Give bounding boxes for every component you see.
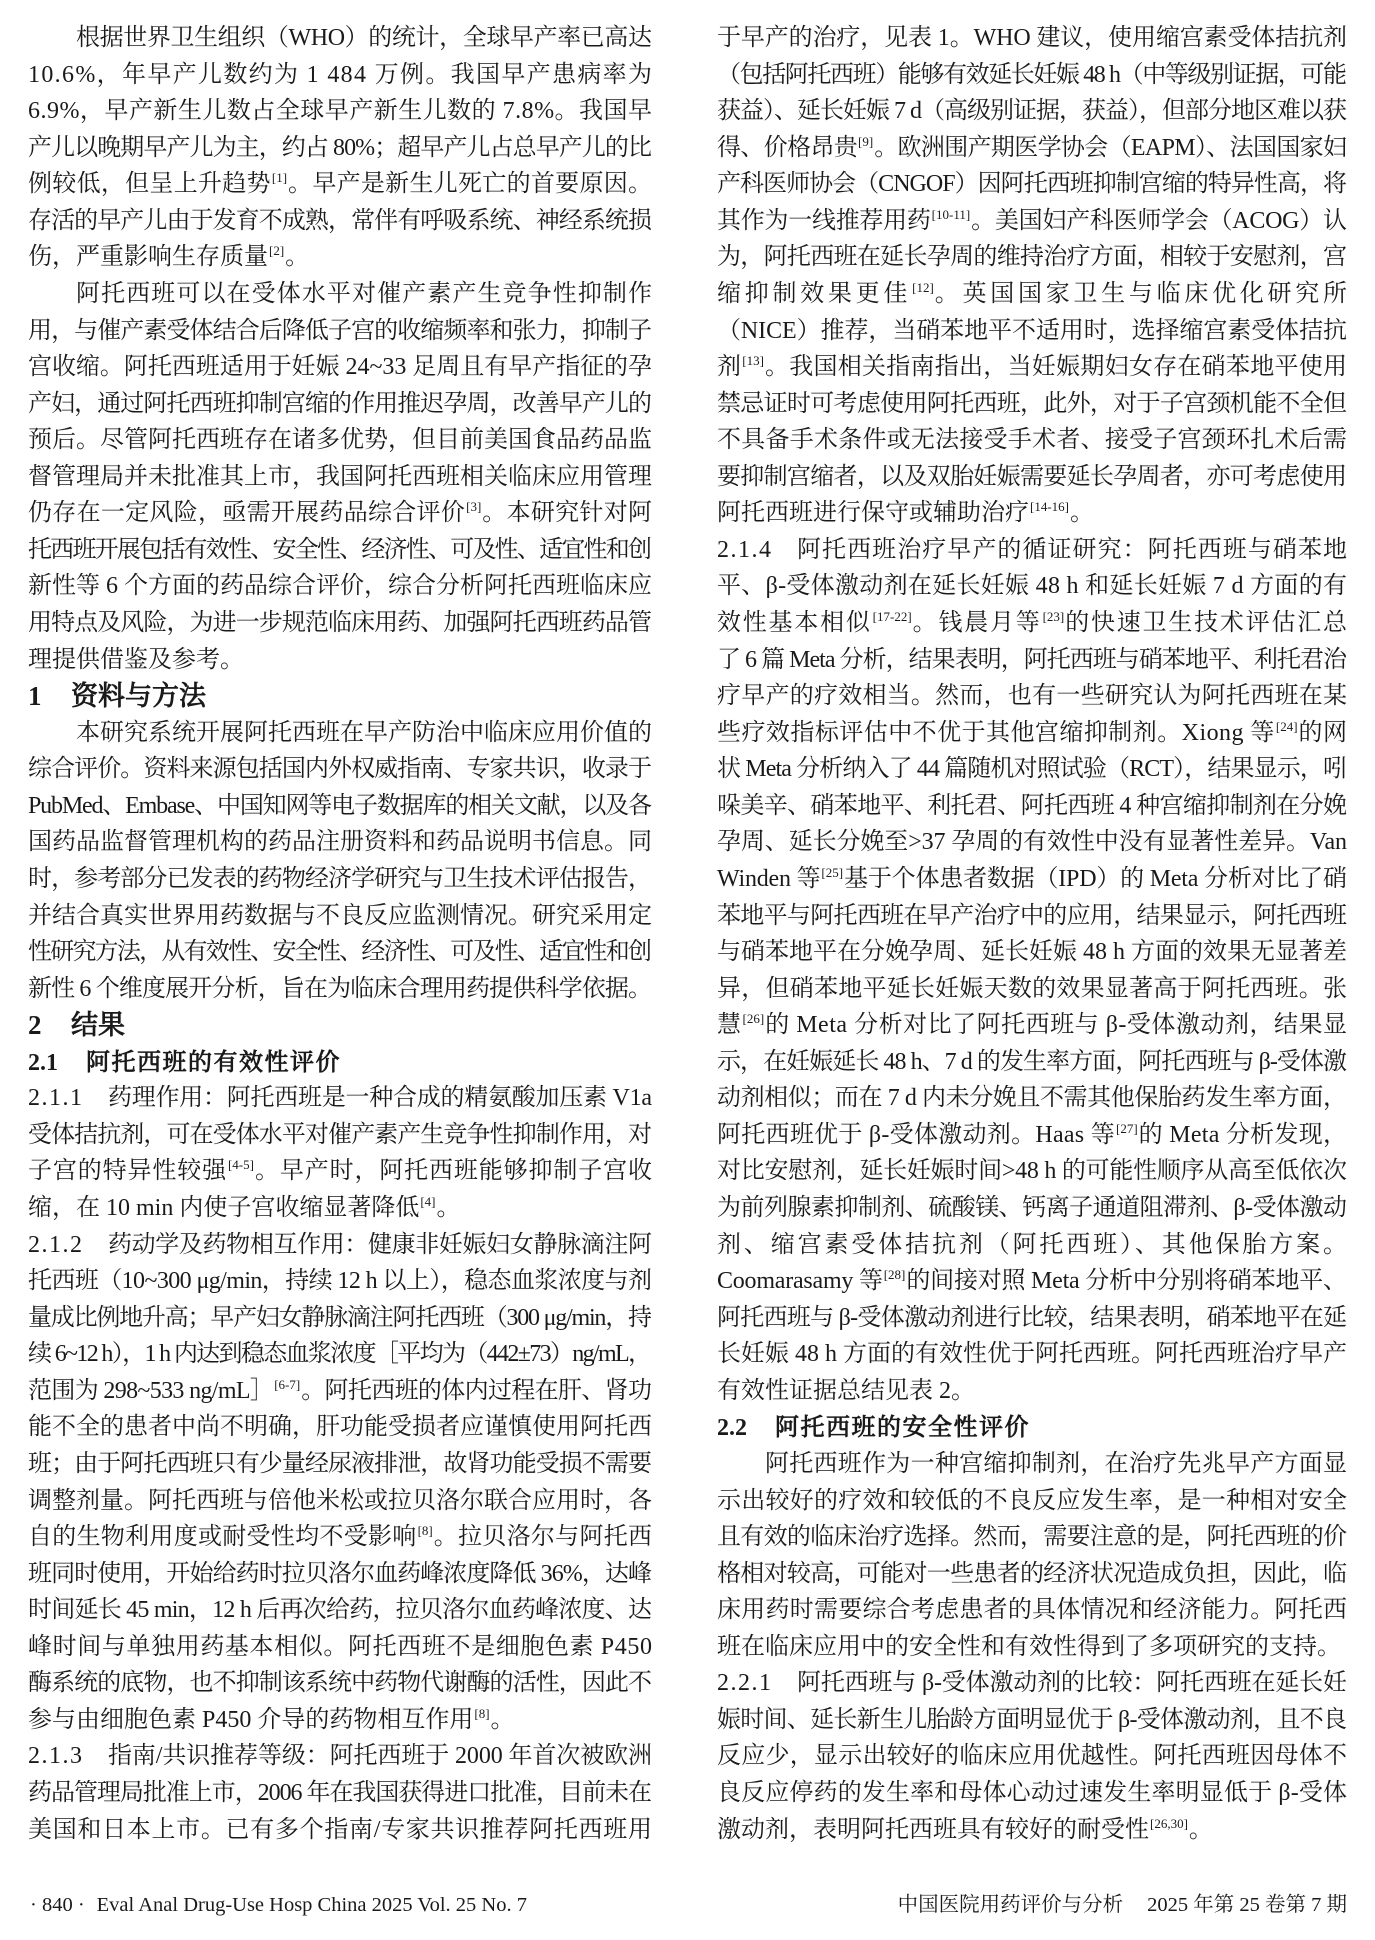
text-line: 托西班开展包括有效性、安全性、经济性、可及性、适宜性和创 bbox=[28, 532, 652, 569]
line-text: 阿托西班作为一种宫缩抑制剂，在治疗先兆早产方面显 bbox=[765, 1451, 1347, 1477]
line-text: 为前列腺素抑制剂、硫酸镁、钙离子通道阻滞剂、β-受体激动 bbox=[717, 1195, 1346, 1221]
line-text: 托西班开展包括有效性、安全性、经济性、可及性、适宜性和创 bbox=[28, 537, 650, 563]
text-line: 效性基本相似[17-22]。钱晨月等[23]的快速卫生技术评估汇总 bbox=[717, 605, 1347, 642]
section-heading: 2结果 bbox=[28, 1007, 652, 1044]
line-content: 其作为一线推荐用药[10-11]。美国妇产科医师学会（ACOG）认 bbox=[717, 203, 1347, 240]
heading-number: 1 bbox=[28, 678, 71, 715]
text-line: 为，阿托西班在延长孕周的维持治疗方面，相较于安慰剂，宫 bbox=[717, 239, 1347, 276]
line-text: 平、β-受体激动剂在延长妊娠 48 h 和延长妊娠 7 d 方面的有 bbox=[717, 573, 1347, 599]
line-text: 些疗效指标评估中不优于其他宫缩抑制剂。Xiong 等 bbox=[717, 720, 1275, 746]
line-text: 缩，在 10 min 内使子宫收缩显著降低 bbox=[28, 1195, 419, 1221]
line-text: 性研究方法，从有效性、安全性、经济性、可及性、适宜性和创 bbox=[28, 939, 650, 965]
line-content: 床用药时需要综合考虑患者的具体情况和经济能力。阿托西 bbox=[717, 1592, 1347, 1629]
line-content: 对比安慰剂，延长妊娠时间>48 h 的可能性顺序从高至低依次 bbox=[717, 1153, 1347, 1190]
text-line: 长妊娠 48 h 方面的有效性优于阿托西班。阿托西班治疗早产 bbox=[717, 1336, 1347, 1373]
line-content: 效性基本相似[17-22]。钱晨月等[23]的快速卫生技术评估汇总 bbox=[717, 605, 1349, 642]
line-text: 参与由细胞色素 P450 介导的药物相互作用 bbox=[28, 1707, 473, 1733]
line-text: 理提供借鉴及参考。 bbox=[28, 647, 244, 673]
right-text-column: 于早产的治疗，见表 1。WHO 建议，使用缩宫素受体拮抗剂（包括阿托西班）能够有… bbox=[717, 20, 1347, 1848]
line-text: 产儿以晚期早产儿为主，约占 80%；超早产儿占总早产儿的比 bbox=[28, 135, 651, 161]
line-content: 班；由于阿托西班只有少量经尿液排泄，故肾功能受损不需要 bbox=[28, 1446, 651, 1483]
line-text: PubMed、Embase、中国知网等电子数据库的相关文献，以及各 bbox=[28, 793, 651, 819]
text-line: 娠时间、延长新生儿胎龄方面明显优于 β-受体激动剂，且不良 bbox=[717, 1702, 1347, 1739]
text-line: 异，但硝苯地平延长妊娠天数的效果显著高于阿托西班。张 bbox=[717, 971, 1347, 1008]
text-line: 新性 6 个维度展开分析，旨在为临床合理用药提供科学依据。 bbox=[28, 971, 652, 1008]
text-line: 能不全的患者中尚不明确，肝功能受损者应谨慎使用阿托西 bbox=[28, 1409, 652, 1446]
line-text: 有效性证据总结见表 2。 bbox=[717, 1378, 975, 1404]
line-text: 能不全的患者中尚不明确，肝功能受损者应谨慎使用阿托西 bbox=[28, 1414, 652, 1440]
line-text: 子宫的特异性较强 bbox=[28, 1158, 227, 1184]
text-line: 其作为一线推荐用药[10-11]。美国妇产科医师学会（ACOG）认 bbox=[717, 203, 1347, 240]
citation-superscript: [8] bbox=[418, 1523, 433, 1538]
text-line: 托西班（10~300 μg/min，持续 12 h 以上），稳态血浆浓度与剂 bbox=[28, 1263, 652, 1300]
line-text: 量成比例地升高；早产妇女静脉滴注阿托西班（300 μg/min，持 bbox=[28, 1305, 651, 1331]
line-text: 药理作用：阿托西班是一种合成的精氨酸加压素 V1a bbox=[108, 1085, 652, 1111]
line-content: 且有效的临床治疗选择。然而，需要注意的是，阿托西班的价 bbox=[717, 1519, 1346, 1556]
line-content: 2.1.4阿托西班治疗早产的循证研究：阿托西班与硝苯地 bbox=[717, 532, 1348, 569]
line-text: 指南/共识推荐等级：阿托西班于 2000 年首次被欧洲 bbox=[108, 1743, 652, 1769]
heading-title: 阿托西班的有效性评价 bbox=[86, 1048, 341, 1076]
text-line: 平、β-受体激动剂在延长妊娠 48 h 和延长妊娠 7 d 方面的有 bbox=[717, 568, 1347, 605]
line-content: 国药品监督管理机构的药品注册资料和药品说明书信息。同 bbox=[28, 824, 652, 861]
text-line: 动剂相似；而在 7 d 内未分娩且不需其他保胎药发生率方面， bbox=[717, 1080, 1347, 1117]
text-line: 与硝苯地平在分娩孕周、延长妊娠 48 h 方面的效果无显著差 bbox=[717, 934, 1347, 971]
line-text: 苯地平与阿托西班在早产治疗中的应用，结果显示，阿托西班 bbox=[717, 903, 1346, 929]
line-content: 要抑制宫缩者，以及双胎妊娠需要延长孕周者，亦可考虑使用 bbox=[717, 459, 1346, 496]
line-content: 范围为 298~533 ng/mL］[6-7]。阿托西班的体内过程在肝、肾功 bbox=[28, 1373, 651, 1410]
line-content: 平、β-受体激动剂在延长妊娠 48 h 和延长妊娠 7 d 方面的有 bbox=[717, 568, 1347, 605]
line-text: 慧 bbox=[717, 1012, 742, 1038]
line-content: 托西班开展包括有效性、安全性、经济性、可及性、适宜性和创 bbox=[28, 532, 650, 569]
text-line: 时，参考部分已发表的药物经济学研究与卫生技术评估报告， bbox=[28, 861, 652, 898]
text-line: 2.1.4阿托西班治疗早产的循证研究：阿托西班与硝苯地 bbox=[717, 532, 1347, 569]
line-text: 范围为 298~533 ng/mL］ bbox=[28, 1378, 273, 1404]
line-text: 。英国国家卫生与临床优化研究所 bbox=[935, 281, 1351, 307]
text-line: 不具备手术条件或无法接受手术者、接受子宫颈环扎术后需 bbox=[717, 422, 1347, 459]
text-line: 示出较好的疗效和较低的不良反应发生率，是一种相对安全 bbox=[717, 1483, 1347, 1520]
citation-superscript: [4-5] bbox=[228, 1157, 254, 1172]
line-content: Winden 等[25]基于个体患者数据（IPD）的 Meta 分析对比了硝 bbox=[717, 861, 1347, 898]
left-text-column: 根据世界卫生组织（WHO）的统计，全球早产率已高达10.6%，年早产儿数约为 1… bbox=[28, 20, 652, 1848]
line-text: 班在临床应用中的安全性和有效性得到了多项研究的支持。 bbox=[717, 1634, 1341, 1660]
text-line: 班；由于阿托西班只有少量经尿液排泄，故肾功能受损不需要 bbox=[28, 1446, 652, 1483]
line-text: 。 bbox=[491, 1707, 515, 1733]
text-line: PubMed、Embase、中国知网等电子数据库的相关文献，以及各 bbox=[28, 788, 652, 825]
line-text: 格相对较高，可能对一些患者的经济状况造成负担，因此，临 bbox=[717, 1561, 1346, 1587]
text-line: 参与由细胞色素 P450 介导的药物相互作用[8]。 bbox=[28, 1702, 652, 1739]
line-text: 异，但硝苯地平延长妊娠天数的效果显著高于阿托西班。张 bbox=[717, 976, 1347, 1002]
text-line: 理提供借鉴及参考。 bbox=[28, 642, 652, 679]
heading-number: 2.1 bbox=[28, 1045, 86, 1082]
line-text: 剂、缩宫素受体拮抗剂（阿托西班）、其他保胎方案。 bbox=[717, 1232, 1350, 1258]
line-content: 阿托西班作为一种宫缩抑制剂，在治疗先兆早产方面显 bbox=[765, 1446, 1347, 1483]
line-text: 床用药时需要综合考虑患者的具体情况和经济能力。阿托西 bbox=[717, 1597, 1347, 1623]
text-line: 反应少，显示出较好的临床应用优越性。阿托西班因母体不 bbox=[717, 1738, 1347, 1775]
citation-superscript: [28] bbox=[884, 1267, 906, 1282]
line-text: 药品管理局批准上市，2006 年在我国获得进口批准，目前未在 bbox=[28, 1780, 651, 1806]
page-number: · 840 · bbox=[30, 1894, 85, 1916]
text-line: 伤，严重影响生存质量[2]。 bbox=[28, 239, 652, 276]
text-line: 示，在妊娠延长 48 h、7 d 的发生率方面，阿托西班与 β-受体激 bbox=[717, 1044, 1347, 1081]
line-content: 督管理局并未批准其上市，我国阿托西班相关临床应用管理 bbox=[28, 459, 652, 496]
text-line: 阿托西班进行保守或辅助治疗[14-16]。 bbox=[717, 495, 1347, 532]
line-text: 了 6 篇 Meta 分析，结果表明，阿托西班与硝苯地平、利托君治 bbox=[717, 647, 1346, 673]
text-line: 缩，在 10 min 内使子宫收缩显著降低[4]。 bbox=[28, 1190, 652, 1227]
line-content: 2.1.1药理作用：阿托西班是一种合成的精氨酸加压素 V1a bbox=[28, 1080, 652, 1117]
text-line: 禁忌证时可考虑使用阿托西班，此外，对于子宫颈机能不全但 bbox=[717, 386, 1347, 423]
text-line: 存活的早产儿由于发育不成熟，常伴有呼吸系统、神经系统损 bbox=[28, 203, 652, 240]
line-content: 阿托西班与 β-受体激动剂进行比较，结果表明，硝苯地平在延 bbox=[717, 1300, 1346, 1337]
text-line: 2.1.3指南/共识推荐等级：阿托西班于 2000 年首次被欧洲 bbox=[28, 1738, 652, 1775]
text-line: 峰时间与单独用药基本相似。阿托西班不是细胞色素 P450 bbox=[28, 1629, 652, 1666]
citation-superscript: [23] bbox=[1043, 609, 1065, 624]
text-line: 美国和日本上市。已有多个指南/专家共识推荐阿托西班用 bbox=[28, 1812, 652, 1849]
text-line: （NICE）推荐，当硝苯地平不适用时，选择缩宫素受体拮抗 bbox=[717, 313, 1347, 350]
line-text: 禁忌证时可考虑使用阿托西班，此外，对于子宫颈机能不全但 bbox=[717, 391, 1346, 417]
page-footer-left: · 840 ·Eval Anal Drug-Use Hosp China 202… bbox=[30, 1890, 527, 1920]
line-text: （NICE）推荐，当硝苯地平不适用时，选择缩宫素受体拮抗 bbox=[717, 318, 1347, 344]
subsection-heading: 2.1阿托西班的有效性评价 bbox=[28, 1044, 652, 1081]
text-line: 床用药时需要综合考虑患者的具体情况和经济能力。阿托西 bbox=[717, 1592, 1347, 1629]
line-text: 存活的早产儿由于发育不成熟，常伴有呼吸系统、神经系统损 bbox=[28, 208, 651, 234]
line-content: 新性等 6 个方面的药品综合评价，综合分析阿托西班临床应 bbox=[28, 568, 652, 605]
line-content: 阿托西班进行保守或辅助治疗[14-16]。 bbox=[717, 495, 1094, 532]
line-content: 异，但硝苯地平延长妊娠天数的效果显著高于阿托西班。张 bbox=[717, 971, 1347, 1008]
citation-superscript: [2] bbox=[269, 243, 284, 258]
line-text: 班同时使用，开始给药时拉贝洛尔血药峰浓度降低 36%，达峰 bbox=[28, 1561, 651, 1587]
text-line: 班在临床应用中的安全性和有效性得到了多项研究的支持。 bbox=[717, 1629, 1347, 1666]
citation-superscript: [25] bbox=[821, 865, 843, 880]
line-content: 动剂相似；而在 7 d 内未分娩且不需其他保胎药发生率方面， bbox=[717, 1080, 1347, 1117]
line-content: 反应少，显示出较好的临床应用优越性。阿托西班因母体不 bbox=[717, 1738, 1347, 1775]
text-line: 6.9%，早产新生儿数占全球早产新生儿数的 7.8%。我国早 bbox=[28, 93, 652, 130]
line-text: 缩抑制效果更佳 bbox=[717, 281, 911, 307]
citation-superscript: [3] bbox=[466, 499, 481, 514]
text-line: 产妇，通过阿托西班抑制宫缩的作用推迟孕周，改善早产儿的 bbox=[28, 386, 652, 423]
citation-superscript: [24] bbox=[1276, 719, 1298, 734]
line-text: 。欧洲围产期医学协会（EAPM）、法国国家妇 bbox=[874, 135, 1346, 161]
line-text: 时间延长 45 min，12 h 后再次给药，拉贝洛尔血药峰浓度、达 bbox=[28, 1597, 651, 1623]
line-text: 的 Meta 分析发现， bbox=[1139, 1122, 1348, 1148]
line-text: 要抑制宫缩者，以及双胎妊娠需要延长孕周者，亦可考虑使用 bbox=[717, 464, 1346, 490]
text-line: 量成比例地升高；早产妇女静脉滴注阿托西班（300 μg/min，持 bbox=[28, 1300, 652, 1337]
line-content: 存活的早产儿由于发育不成熟，常伴有呼吸系统、神经系统损 bbox=[28, 203, 651, 240]
line-content: 2.1.2药动学及药物相互作用：健康非妊娠妇女静脉滴注阿 bbox=[28, 1227, 652, 1264]
line-content: 并结合真实世界用药数据与不良反应监测情况。研究采用定 bbox=[28, 898, 652, 935]
line-content: 药品管理局批准上市，2006 年在我国获得进口批准，目前未在 bbox=[28, 1775, 651, 1812]
line-text: 得、价格昂贵 bbox=[717, 135, 857, 161]
line-text: 不具备手术条件或无法接受手术者、接受子宫颈环扎术后需 bbox=[717, 427, 1347, 453]
text-line: 激动剂，表明阿托西班具有较好的耐受性[26,30]。 bbox=[717, 1812, 1347, 1849]
line-content: 为前列腺素抑制剂、硫酸镁、钙离子通道阻滞剂、β-受体激动 bbox=[717, 1190, 1346, 1227]
line-content: 美国和日本上市。已有多个指南/专家共识推荐阿托西班用 bbox=[28, 1812, 653, 1849]
line-content: 产儿以晚期早产儿为主，约占 80%；超早产儿占总早产儿的比 bbox=[28, 130, 651, 167]
text-line: 格相对较高，可能对一些患者的经济状况造成负担，因此，临 bbox=[717, 1556, 1347, 1593]
line-text: 峰时间与单独用药基本相似。阿托西班不是细胞色素 P450 bbox=[28, 1634, 653, 1660]
citation-superscript: [12] bbox=[912, 280, 934, 295]
line-text: 仍存在一定风险，亟需开展药品综合评价 bbox=[28, 500, 465, 526]
line-text: 。 bbox=[437, 1195, 461, 1221]
line-content: 用特点及风险，为进一步规范临床用药、加强阿托西班药品管 bbox=[28, 605, 651, 642]
line-text: 新性 6 个维度展开分析，旨在为临床合理用药提供科学依据。 bbox=[28, 976, 651, 1002]
text-line: 剂[13]。我国相关指南指出，当妊娠期妇女存在硝苯地平使用 bbox=[717, 349, 1347, 386]
line-text: 良反应停药的发生率和母体心动过速发生率明显低于 β-受体 bbox=[717, 1780, 1347, 1806]
page-footer-right: 中国医院用药评价与分析2025 年第 25 卷第 7 期 bbox=[898, 1890, 1347, 1920]
line-text: 阿托西班与 β-受体激动剂的比较：阿托西班在延长妊 bbox=[797, 1670, 1347, 1696]
line-content: 阿托西班可以在受体水平对催产素产生竞争性抑制作 bbox=[76, 276, 653, 313]
heading-number: 2 bbox=[28, 1007, 71, 1044]
line-content: 疗早产的疗效相当。然而，也有一些研究认为阿托西班在某 bbox=[717, 678, 1347, 715]
line-content: 禁忌证时可考虑使用阿托西班，此外，对于子宫颈机能不全但 bbox=[717, 386, 1346, 423]
line-text: （包括阿托西班）能够有效延长妊娠 48 h（中等级别证据，可能 bbox=[717, 62, 1346, 88]
text-line: 2.2.1阿托西班与 β-受体激动剂的比较：阿托西班在延长妊 bbox=[717, 1665, 1347, 1702]
subsection-number: 2.1.3 bbox=[28, 1738, 108, 1775]
line-text: 基于个体患者数据（IPD）的 Meta 分析对比了硝 bbox=[844, 866, 1347, 892]
line-content: 量成比例地升高；早产妇女静脉滴注阿托西班（300 μg/min，持 bbox=[28, 1300, 651, 1337]
line-text: 。早产时，阿托西班能够抑制子宫收 bbox=[255, 1158, 653, 1184]
subsection-heading: 2.2阿托西班的安全性评价 bbox=[717, 1409, 1347, 1446]
line-content: 孕周、延长分娩至>37 孕周的有效性中没有显著性差异。Van bbox=[717, 824, 1347, 861]
line-content: 为，阿托西班在延长孕周的维持治疗方面，相较于安慰剂，宫 bbox=[717, 239, 1346, 276]
text-line: 班同时使用，开始给药时拉贝洛尔血药峰浓度降低 36%，达峰 bbox=[28, 1556, 652, 1593]
citation-superscript: [6-7] bbox=[274, 1377, 300, 1392]
line-text: 国药品监督管理机构的药品注册资料和药品说明书信息。同 bbox=[28, 829, 652, 855]
text-line: 2.1.1药理作用：阿托西班是一种合成的精氨酸加压素 V1a bbox=[28, 1080, 652, 1117]
line-text: 。 bbox=[1189, 1817, 1213, 1843]
text-line: 自的生物利用度或耐受性均不受影响[8]。拉贝洛尔与阿托西 bbox=[28, 1519, 652, 1556]
line-content: 仍存在一定风险，亟需开展药品综合评价[3]。本研究针对阿 bbox=[28, 495, 652, 532]
text-line: 预后。尽管阿托西班存在诸多优势，但目前美国食品药品监 bbox=[28, 422, 652, 459]
line-text: 综合评价。资料来源包括国内外权威指南、专家共识，收录于 bbox=[28, 756, 651, 782]
line-content: 长妊娠 48 h 方面的有效性优于阿托西班。阿托西班治疗早产 bbox=[717, 1336, 1347, 1373]
line-text: 示出较好的疗效和较低的不良反应发生率，是一种相对安全 bbox=[717, 1488, 1347, 1514]
line-text: 受体拮抗剂，可在受体水平对催产素产生竞争性抑制作用，对 bbox=[28, 1122, 651, 1148]
line-text: 反应少，显示出较好的临床应用优越性。阿托西班因母体不 bbox=[717, 1743, 1347, 1769]
line-text: 产科医师协会（CNGOF）因阿托西班抑制宫缩的特异性高，将 bbox=[717, 171, 1346, 197]
line-text: 哚美辛、硝苯地平、利托君、阿托西班 4 种宫缩抑制剂在分娩 bbox=[717, 793, 1346, 819]
line-text: 阿托西班优于 β-受体激动剂。Haas 等 bbox=[717, 1122, 1115, 1148]
line-text: 对比安慰剂，延长妊娠时间>48 h 的可能性顺序从高至低依次 bbox=[717, 1158, 1347, 1184]
line-text: 。阿托西班的体内过程在肝、肾功 bbox=[301, 1378, 651, 1404]
section-heading: 1资料与方法 bbox=[28, 678, 652, 715]
line-text: 时，参考部分已发表的药物经济学研究与卫生技术评估报告， bbox=[28, 866, 651, 892]
line-content: 缩抑制效果更佳[12]。英国国家卫生与临床优化研究所 bbox=[717, 276, 1351, 313]
text-line: 孕周、延长分娩至>37 孕周的有效性中没有显著性差异。Van bbox=[717, 824, 1347, 861]
text-line: 缩抑制效果更佳[12]。英国国家卫生与临床优化研究所 bbox=[717, 276, 1347, 313]
citation-superscript: [26] bbox=[743, 1011, 765, 1026]
text-line: 有效性证据总结见表 2。 bbox=[717, 1373, 1347, 1410]
line-content: 根据世界卫生组织（WHO）的统计，全球早产率已高达 bbox=[76, 20, 652, 57]
line-text: 。本研究针对阿 bbox=[482, 500, 652, 526]
text-line: Winden 等[25]基于个体患者数据（IPD）的 Meta 分析对比了硝 bbox=[717, 861, 1347, 898]
text-line: 些疗效指标评估中不优于其他宫缩抑制剂。Xiong 等[24]的网 bbox=[717, 715, 1347, 752]
text-line: 良反应停药的发生率和母体心动过速发生率明显低于 β-受体 bbox=[717, 1775, 1347, 1812]
text-line: 续 6~12 h），1 h 内达到稳态血浆浓度［平均为（442±73）ng/mL… bbox=[28, 1336, 652, 1373]
text-line: 阿托西班可以在受体水平对催产素产生竞争性抑制作 bbox=[28, 276, 652, 313]
text-line: 性研究方法，从有效性、安全性、经济性、可及性、适宜性和创 bbox=[28, 934, 652, 971]
heading-title: 结果 bbox=[71, 1010, 125, 1041]
line-text: 示，在妊娠延长 48 h、7 d 的发生率方面，阿托西班与 β-受体激 bbox=[717, 1049, 1346, 1075]
line-content: 缩，在 10 min 内使子宫收缩显著降低[4]。 bbox=[28, 1190, 461, 1227]
line-content: 酶系统的底物，也不抑制该系统中药物代谢酶的活性，因此不 bbox=[28, 1665, 651, 1702]
subsection-number: 2.2.1 bbox=[717, 1665, 797, 1702]
line-text: 托西班（10~300 μg/min，持续 12 h 以上），稳态血浆浓度与剂 bbox=[28, 1268, 651, 1294]
line-content: 示出较好的疗效和较低的不良反应发生率，是一种相对安全 bbox=[717, 1483, 1347, 1520]
citation-superscript: [27] bbox=[1116, 1121, 1138, 1136]
line-text: 例较低，但呈上升趋势 bbox=[28, 171, 271, 197]
line-content: 良反应停药的发生率和母体心动过速发生率明显低于 β-受体 bbox=[717, 1775, 1347, 1812]
text-line: 哚美辛、硝苯地平、利托君、阿托西班 4 种宫缩抑制剂在分娩 bbox=[717, 788, 1347, 825]
line-content: 于早产的治疗，见表 1。WHO 建议，使用缩宫素受体拮抗剂 bbox=[717, 20, 1347, 57]
line-text: 预后。尽管阿托西班存在诸多优势，但目前美国食品药品监 bbox=[28, 427, 652, 453]
line-text: 6.9%，早产新生儿数占全球早产新生儿数的 7.8%。我国早 bbox=[28, 98, 652, 124]
line-content: （包括阿托西班）能够有效延长妊娠 48 h（中等级别证据，可能 bbox=[717, 57, 1346, 94]
text-line: 酶系统的底物，也不抑制该系统中药物代谢酶的活性，因此不 bbox=[28, 1665, 652, 1702]
text-line: 慧[26]的 Meta 分析对比了阿托西班与 β-受体激动剂，结果显 bbox=[717, 1007, 1347, 1044]
text-line: 且有效的临床治疗选择。然而，需要注意的是，阿托西班的价 bbox=[717, 1519, 1347, 1556]
text-line: 督管理局并未批准其上市，我国阿托西班相关临床应用管理 bbox=[28, 459, 652, 496]
line-text: 的 Meta 分析对比了阿托西班与 β-受体激动剂，结果显 bbox=[765, 1012, 1347, 1038]
text-line: 苯地平与阿托西班在早产治疗中的应用，结果显示，阿托西班 bbox=[717, 898, 1347, 935]
line-text: 自的生物利用度或耐受性均不受影响 bbox=[28, 1524, 417, 1550]
citation-superscript: [17-22] bbox=[873, 609, 912, 624]
text-line: 产儿以晚期早产儿为主，约占 80%；超早产儿占总早产儿的比 bbox=[28, 130, 652, 167]
line-text: 用特点及风险，为进一步规范临床用药、加强阿托西班药品管 bbox=[28, 610, 651, 636]
line-text: 疗早产的疗效相当。然而，也有一些研究认为阿托西班在某 bbox=[717, 683, 1347, 709]
line-content: 性研究方法，从有效性、安全性、经济性、可及性、适宜性和创 bbox=[28, 934, 650, 971]
line-text: Winden 等 bbox=[717, 866, 820, 892]
line-content: 了 6 篇 Meta 分析，结果表明，阿托西班与硝苯地平、利托君治 bbox=[717, 642, 1346, 679]
subsection-number: 2.1.2 bbox=[28, 1227, 108, 1264]
citation-superscript: [9] bbox=[858, 134, 873, 149]
line-text: 并结合真实世界用药数据与不良反应监测情况。研究采用定 bbox=[28, 903, 652, 929]
line-text: 续 6~12 h），1 h 内达到稳态血浆浓度［平均为（442±73）ng/mL… bbox=[28, 1341, 650, 1367]
line-content: 班同时使用，开始给药时拉贝洛尔血药峰浓度降低 36%，达峰 bbox=[28, 1556, 651, 1593]
line-content: 产妇，通过阿托西班抑制宫缩的作用推迟孕周，改善早产儿的 bbox=[28, 386, 651, 423]
text-line: 了 6 篇 Meta 分析，结果表明，阿托西班与硝苯地平、利托君治 bbox=[717, 642, 1347, 679]
line-content: 格相对较高，可能对一些患者的经济状况造成负担，因此，临 bbox=[717, 1556, 1346, 1593]
line-content: 理提供借鉴及参考。 bbox=[28, 642, 244, 679]
text-line: 获益）、延长妊娠 7 d（高级别证据，获益），但部分地区难以获 bbox=[717, 93, 1347, 130]
text-line: 根据世界卫生组织（WHO）的统计，全球早产率已高达 bbox=[28, 20, 652, 57]
line-content: 阿托西班优于 β-受体激动剂。Haas 等[27]的 Meta 分析发现， bbox=[717, 1117, 1347, 1154]
line-content: 受体拮抗剂，可在受体水平对催产素产生竞争性抑制作用，对 bbox=[28, 1117, 651, 1154]
line-text: 。拉贝洛尔与阿托西 bbox=[434, 1524, 653, 1550]
text-line: 对比安慰剂，延长妊娠时间>48 h 的可能性顺序从高至低依次 bbox=[717, 1153, 1347, 1190]
line-text: 宫收缩。阿托西班适用于妊娠 24~33 足周且有早产指征的孕 bbox=[28, 354, 652, 380]
text-line: 产科医师协会（CNGOF）因阿托西班抑制宫缩的特异性高，将 bbox=[717, 166, 1347, 203]
line-text: 阿托西班与 β-受体激动剂进行比较，结果表明，硝苯地平在延 bbox=[717, 1305, 1346, 1331]
line-content: 宫收缩。阿托西班适用于妊娠 24~33 足周且有早产指征的孕 bbox=[28, 349, 652, 386]
line-text: 伤，严重影响生存质量 bbox=[28, 244, 268, 270]
heading-title: 资料与方法 bbox=[71, 681, 206, 712]
line-text: 获益）、延长妊娠 7 d（高级别证据，获益），但部分地区难以获 bbox=[717, 98, 1346, 124]
journal-title-chinese: 中国医院用药评价与分析 bbox=[898, 1894, 1124, 1916]
line-text: 酶系统的底物，也不抑制该系统中药物代谢酶的活性，因此不 bbox=[28, 1670, 651, 1696]
line-text: 美国和日本上市。已有多个指南/专家共识推荐阿托西班用 bbox=[28, 1817, 653, 1843]
line-content: 苯地平与阿托西班在早产治疗中的应用，结果显示，阿托西班 bbox=[717, 898, 1346, 935]
text-line: 新性等 6 个方面的药品综合评价，综合分析阿托西班临床应 bbox=[28, 568, 652, 605]
line-content: Coomarasamy 等[28]的间接对照 Meta 分析中分别将硝苯地平、 bbox=[717, 1263, 1347, 1300]
line-text: 动剂相似；而在 7 d 内未分娩且不需其他保胎药发生率方面， bbox=[717, 1085, 1347, 1111]
text-line: 仍存在一定风险，亟需开展药品综合评价[3]。本研究针对阿 bbox=[28, 495, 652, 532]
text-line: 用特点及风险，为进一步规范临床用药、加强阿托西班药品管 bbox=[28, 605, 652, 642]
line-content: 获益）、延长妊娠 7 d（高级别证据，获益），但部分地区难以获 bbox=[717, 93, 1346, 130]
text-line: 状 Meta 分析纳入了 44 篇随机对照试验（RCT），结果显示，吲 bbox=[717, 751, 1347, 788]
line-content: 调整剂量。阿托西班与倍他米松或拉贝洛尔联合应用时，各 bbox=[28, 1483, 652, 1520]
line-content: 能不全的患者中尚不明确，肝功能受损者应谨慎使用阿托西 bbox=[28, 1409, 652, 1446]
line-content: 班在临床应用中的安全性和有效性得到了多项研究的支持。 bbox=[717, 1629, 1341, 1666]
text-line: 例较低，但呈上升趋势[1]。早产是新生儿死亡的首要原因。 bbox=[28, 166, 652, 203]
text-line: 本研究系统开展阿托西班在早产防治中临床应用价值的 bbox=[28, 715, 652, 752]
line-text: 。 bbox=[1070, 500, 1094, 526]
line-content: 6.9%，早产新生儿数占全球早产新生儿数的 7.8%。我国早 bbox=[28, 93, 652, 130]
subsection-number: 2.1.4 bbox=[717, 532, 797, 569]
line-text: 新性等 6 个方面的药品综合评价，综合分析阿托西班临床应 bbox=[28, 573, 652, 599]
line-text: 。美国妇产科医师学会（ACOG）认 bbox=[971, 208, 1347, 234]
line-content: 产科医师协会（CNGOF）因阿托西班抑制宫缩的特异性高，将 bbox=[717, 166, 1346, 203]
heading-title: 阿托西班的安全性评价 bbox=[775, 1413, 1030, 1441]
line-text: 娠时间、延长新生儿胎龄方面明显优于 β-受体激动剂，且不良 bbox=[717, 1707, 1346, 1733]
text-line: 2.1.2药动学及药物相互作用：健康非妊娠妇女静脉滴注阿 bbox=[28, 1227, 652, 1264]
line-content: 预后。尽管阿托西班存在诸多优势，但目前美国食品药品监 bbox=[28, 422, 652, 459]
line-text: 与硝苯地平在分娩孕周、延长妊娠 48 h 方面的效果无显著差 bbox=[717, 939, 1347, 965]
issue-info: 2025 年第 25 卷第 7 期 bbox=[1147, 1894, 1347, 1916]
line-content: 子宫的特异性较强[4-5]。早产时，阿托西班能够抑制子宫收 bbox=[28, 1153, 653, 1190]
line-content: 10.6%，年早产儿数约为 1 484 万例。我国早产患病率为 bbox=[28, 57, 653, 94]
line-text: 根据世界卫生组织（WHO）的统计，全球早产率已高达 bbox=[76, 25, 652, 51]
line-text: 其作为一线推荐用药 bbox=[717, 208, 931, 234]
line-content: 自的生物利用度或耐受性均不受影响[8]。拉贝洛尔与阿托西 bbox=[28, 1519, 652, 1556]
line-content: 哚美辛、硝苯地平、利托君、阿托西班 4 种宫缩抑制剂在分娩 bbox=[717, 788, 1346, 825]
line-content: 时，参考部分已发表的药物经济学研究与卫生技术评估报告， bbox=[28, 861, 651, 898]
line-text: 的间接对照 Meta 分析中分别将硝苯地平、 bbox=[906, 1268, 1346, 1294]
line-content: 本研究系统开展阿托西班在早产防治中临床应用价值的 bbox=[76, 715, 652, 752]
line-content: 剂[13]。我国相关指南指出，当妊娠期妇女存在硝苯地平使用 bbox=[717, 349, 1347, 386]
line-content: 慧[26]的 Meta 分析对比了阿托西班与 β-受体激动剂，结果显 bbox=[717, 1007, 1348, 1044]
line-content: 激动剂，表明阿托西班具有较好的耐受性[26,30]。 bbox=[717, 1812, 1213, 1849]
line-text: 阿托西班可以在受体水平对催产素产生竞争性抑制作 bbox=[76, 281, 653, 307]
line-text: 。 bbox=[285, 244, 309, 270]
text-line: 宫收缩。阿托西班适用于妊娠 24~33 足周且有早产指征的孕 bbox=[28, 349, 652, 386]
line-content: 伤，严重影响生存质量[2]。 bbox=[28, 239, 309, 276]
text-line: 得、价格昂贵[9]。欧洲围产期医学协会（EAPM）、法国国家妇 bbox=[717, 130, 1347, 167]
line-text: 督管理局并未批准其上市，我国阿托西班相关临床应用管理 bbox=[28, 464, 652, 490]
line-content: 时间延长 45 min，12 h 后再次给药，拉贝洛尔血药峰浓度、达 bbox=[28, 1592, 651, 1629]
line-text: Coomarasamy 等 bbox=[717, 1268, 883, 1294]
text-line: 于早产的治疗，见表 1。WHO 建议，使用缩宫素受体拮抗剂 bbox=[717, 20, 1347, 57]
line-text: 阿托西班进行保守或辅助治疗 bbox=[717, 500, 1029, 526]
citation-superscript: [10-11] bbox=[932, 207, 971, 222]
journal-citation-english: Eval Anal Drug-Use Hosp China 2025 Vol. … bbox=[97, 1894, 527, 1916]
citation-superscript: [1] bbox=[272, 170, 287, 185]
citation-superscript: [13] bbox=[742, 353, 764, 368]
line-content: 例较低，但呈上升趋势[1]。早产是新生儿死亡的首要原因。 bbox=[28, 166, 652, 203]
line-content: 与硝苯地平在分娩孕周、延长妊娠 48 h 方面的效果无显著差 bbox=[717, 934, 1347, 971]
text-line: 阿托西班优于 β-受体激动剂。Haas 等[27]的 Meta 分析发现， bbox=[717, 1117, 1347, 1154]
line-text: 的网 bbox=[1299, 720, 1348, 746]
line-text: 效性基本相似 bbox=[717, 610, 872, 636]
line-text: 且有效的临床治疗选择。然而，需要注意的是，阿托西班的价 bbox=[717, 1524, 1346, 1550]
text-line: Coomarasamy 等[28]的间接对照 Meta 分析中分别将硝苯地平、 bbox=[717, 1263, 1347, 1300]
line-content: 有效性证据总结见表 2。 bbox=[717, 1373, 975, 1410]
line-text: 产妇，通过阿托西班抑制宫缩的作用推迟孕周，改善早产儿的 bbox=[28, 391, 651, 417]
text-line: 要抑制宫缩者，以及双胎妊娠需要延长孕周者，亦可考虑使用 bbox=[717, 459, 1347, 496]
subsection-number: 2.1.1 bbox=[28, 1080, 108, 1117]
heading-number: 2.2 bbox=[717, 1410, 775, 1447]
line-content: 娠时间、延长新生儿胎龄方面明显优于 β-受体激动剂，且不良 bbox=[717, 1702, 1346, 1739]
line-text: 。早产是新生儿死亡的首要原因。 bbox=[288, 171, 652, 197]
